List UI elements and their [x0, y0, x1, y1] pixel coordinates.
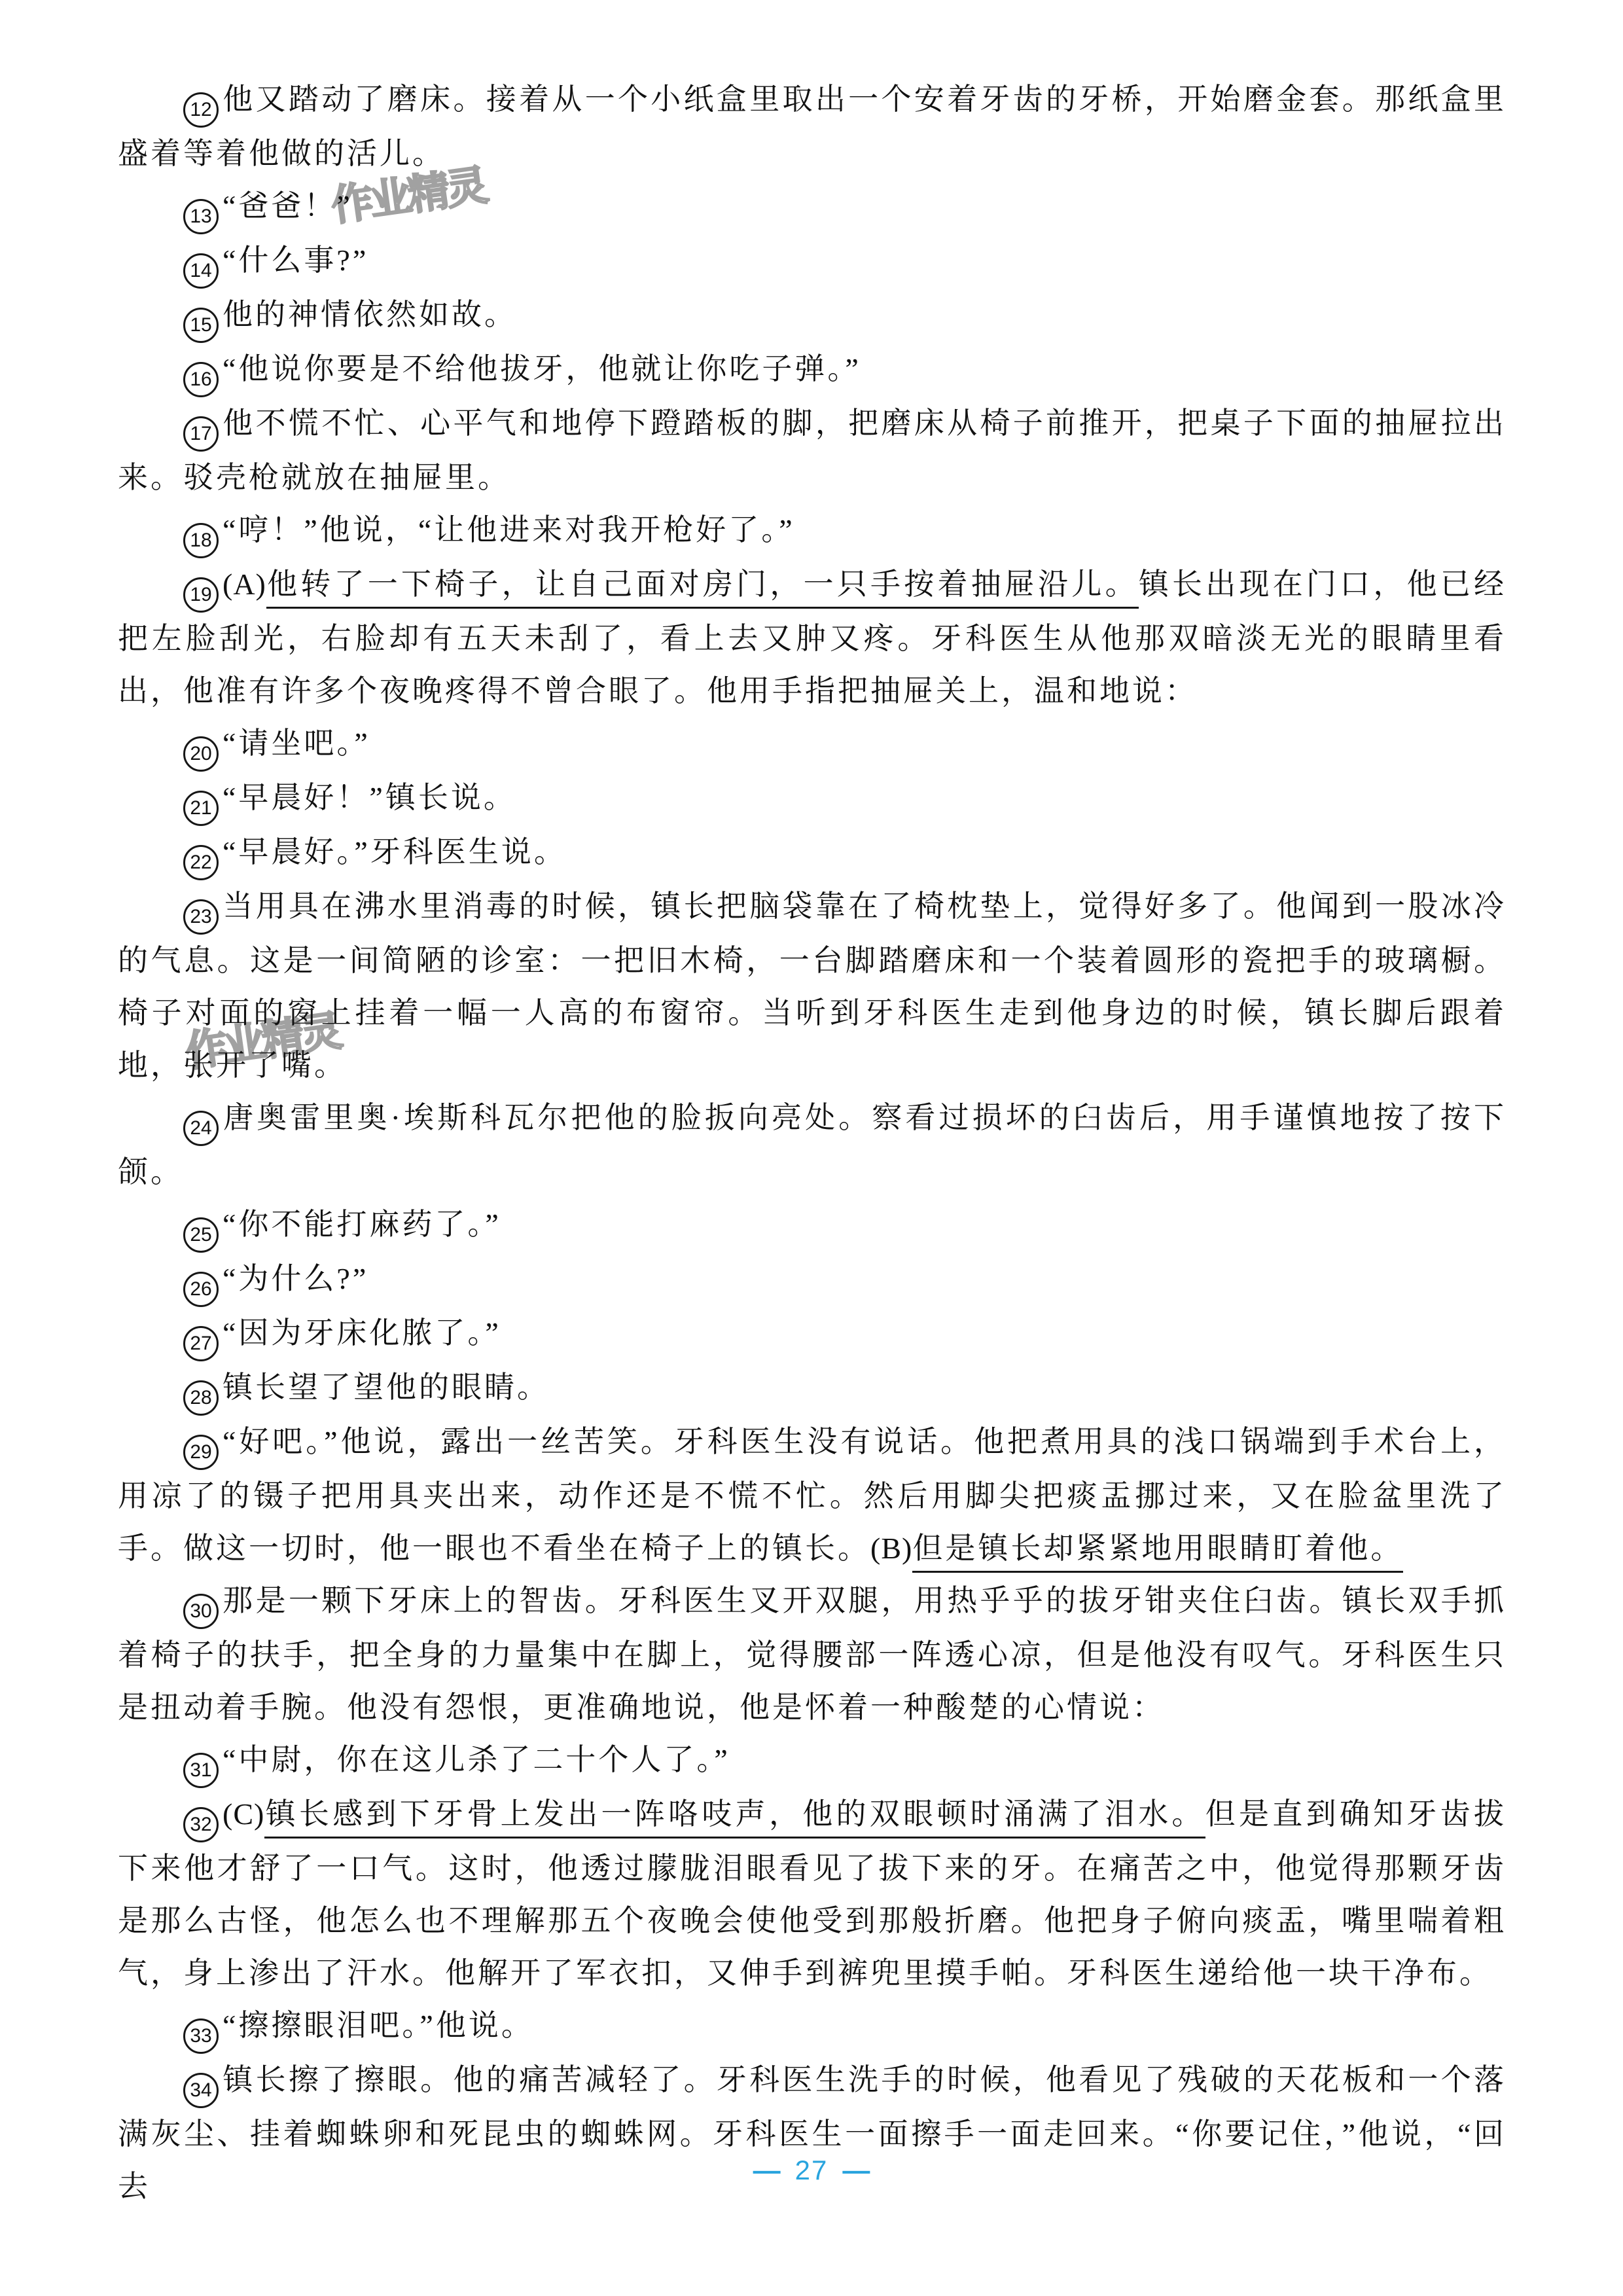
paragraph-text: 唐奥雷里奥·埃斯科瓦尔把他的脸扳向亮处。察看过损坏的臼齿后，用手谨慎地按了按下颌…	[118, 1101, 1507, 1189]
paragraph-number: 12	[183, 92, 219, 128]
paragraph-number: 32	[183, 1807, 219, 1842]
passage-body: 12他又踏动了磨床。接着从一个小纸盒里取出一个安着牙齿的牙桥，开始磨金套。那纸盒…	[118, 73, 1507, 2213]
paragraph-number: 31	[183, 1753, 219, 1788]
underlined-sentence: 但是镇长却紧紧地用眼睛盯着他。	[912, 1532, 1403, 1573]
passage-paragraph: 18“哼！”他说，“让他进来对我开枪好了。”	[118, 504, 1507, 558]
paragraph-number: 29	[183, 1435, 219, 1470]
passage-paragraph: 19(A)他转了一下椅子，让自己面对房门，一只手按着抽屉沿儿。镇长出现在门口，他…	[118, 558, 1507, 717]
passage-paragraph: 13“爸爸！”	[118, 180, 1507, 234]
paragraph-number: 23	[183, 899, 219, 935]
document-page: 12他又踏动了磨床。接着从一个小纸盒里取出一个安着牙齿的牙桥，开始磨金套。那纸盒…	[0, 0, 1623, 2296]
passage-paragraph: 26“为什么?”	[118, 1253, 1507, 1307]
sentence-marker: (A)	[223, 567, 266, 601]
paragraph-number: 34	[183, 2073, 219, 2108]
page-number: 27	[795, 2155, 829, 2185]
passage-paragraph: 28镇长望了望他的眼睛。	[118, 1361, 1507, 1416]
paragraph-number: 13	[183, 199, 219, 234]
passage-paragraph: 25“你不能打麻药了。”	[118, 1198, 1507, 1253]
underlined-sentence: 镇长感到下牙骨上发出一阵咯吱声，他的双眼顿时涌满了泪水。	[264, 1797, 1205, 1839]
paragraph-number: 27	[183, 1326, 219, 1361]
paragraph-text: 当用具在沸水里消毒的时候，镇长把脑袋靠在了椅枕垫上，觉得好多了。他闻到一股冰冷的…	[118, 889, 1507, 1082]
paragraph-text: “早晨好！”镇长说。	[223, 781, 516, 814]
paragraph-text: 他又踏动了磨床。接着从一个小纸盒里取出一个安着牙齿的牙桥，开始磨金套。那纸盒里盛…	[118, 82, 1507, 170]
paragraph-text: 他不慌不忙、心平气和地停下蹬踏板的脚，把磨床从椅子前推开，把桌子下面的抽屉拉出来…	[118, 406, 1507, 494]
paragraph-number: 15	[183, 308, 219, 343]
sentence-marker: (B)	[870, 1532, 912, 1565]
passage-paragraph: 15他的神情依然如故。	[118, 289, 1507, 343]
paragraph-number: 20	[183, 736, 219, 772]
paragraph-text: “中尉，你在这儿杀了二十个人了。”	[223, 1743, 730, 1776]
passage-paragraph: 34镇长擦了擦眼。他的痛苦减轻了。牙科医生洗手的时候，他看见了残破的天花板和一个…	[118, 2054, 1507, 2213]
paragraph-number: 24	[183, 1111, 219, 1146]
footer-left-dash: —	[753, 2155, 781, 2185]
sentence-marker: (C)	[223, 1797, 264, 1831]
paragraph-text: “什么事?”	[223, 243, 368, 277]
passage-paragraph: 33“擦擦眼泪吧。”他说。	[118, 2000, 1507, 2054]
passage-paragraph: 14“什么事?”	[118, 234, 1507, 289]
paragraph-text: “请坐吧。”	[223, 726, 370, 760]
passage-paragraph: 29“好吧。”他说，露出一丝苦笑。牙科医生没有说话。他把煮用具的浅口锅端到手术台…	[118, 1416, 1507, 1575]
passage-paragraph: 24唐奥雷里奥·埃斯科瓦尔把他的脸扳向亮处。察看过损坏的臼齿后，用手谨慎地按了按…	[118, 1092, 1507, 1198]
underlined-sentence: 他转了一下椅子，让自己面对房门，一只手按着抽屉沿儿。	[266, 567, 1139, 609]
paragraph-text: 那是一颗下牙床上的智齿。牙科医生叉开双腿，用热乎乎的拔牙钳夹住臼齿。镇长双手抓着…	[118, 1584, 1507, 1724]
paragraph-number: 17	[183, 416, 219, 452]
paragraph-text: “他说你要是不给他拔牙，他就让你吃子弹。”	[223, 352, 861, 386]
page-footer: —27—	[0, 2155, 1623, 2186]
paragraph-text: “早晨好。”牙科医生说。	[223, 835, 567, 869]
paragraph-number: 33	[183, 2018, 219, 2054]
paragraph-number: 19	[183, 577, 219, 613]
paragraph-number: 21	[183, 791, 219, 826]
passage-paragraph: 32(C)镇长感到下牙骨上发出一阵咯吱声，他的双眼顿时涌满了泪水。但是直到确知牙…	[118, 1788, 1507, 2000]
paragraph-number: 28	[183, 1380, 219, 1416]
paragraph-number: 14	[183, 253, 219, 289]
paragraph-number: 16	[183, 362, 219, 397]
paragraph-text: 镇长望了望他的眼睛。	[223, 1371, 550, 1404]
paragraph-number: 22	[183, 845, 219, 880]
paragraph-text: “为什么?”	[223, 1262, 368, 1295]
passage-paragraph: 22“早晨好。”牙科医生说。	[118, 826, 1507, 880]
paragraph-number: 30	[183, 1594, 219, 1629]
paragraph-text: “擦擦眼泪吧。”他说。	[223, 2009, 534, 2042]
paragraph-text: “你不能打麻药了。”	[223, 1208, 501, 1241]
passage-paragraph: 31“中尉，你在这儿杀了二十个人了。”	[118, 1734, 1507, 1788]
passage-paragraph: 16“他说你要是不给他拔牙，他就让你吃子弹。”	[118, 343, 1507, 397]
passage-paragraph: 21“早晨好！”镇长说。	[118, 772, 1507, 826]
paragraph-text: “因为牙床化脓了。”	[223, 1316, 501, 1350]
paragraph-number: 18	[183, 523, 219, 558]
passage-paragraph: 30那是一颗下牙床上的智齿。牙科医生叉开双腿，用热乎乎的拔牙钳夹住臼齿。镇长双手…	[118, 1575, 1507, 1734]
passage-paragraph: 23当用具在沸水里消毒的时候，镇长把脑袋靠在了椅枕垫上，觉得好多了。他闻到一股冰…	[118, 880, 1507, 1092]
paragraph-text: “哼！”他说，“让他进来对我开枪好了。”	[223, 513, 795, 547]
passage-paragraph: 12他又踏动了磨床。接着从一个小纸盒里取出一个安着牙齿的牙桥，开始磨金套。那纸盒…	[118, 73, 1507, 180]
passage-paragraph: 17他不慌不忙、心平气和地停下蹬踏板的脚，把磨床从椅子前推开，把桌子下面的抽屉拉…	[118, 397, 1507, 504]
passage-paragraph: 20“请坐吧。”	[118, 717, 1507, 772]
paragraph-text: 他的神情依然如故。	[223, 298, 517, 331]
footer-right-dash: —	[842, 2155, 870, 2185]
paragraph-number: 26	[183, 1272, 219, 1307]
paragraph-number: 25	[183, 1217, 219, 1253]
paragraph-text: “爸爸！”	[223, 189, 353, 223]
passage-paragraph: 27“因为牙床化脓了。”	[118, 1307, 1507, 1361]
